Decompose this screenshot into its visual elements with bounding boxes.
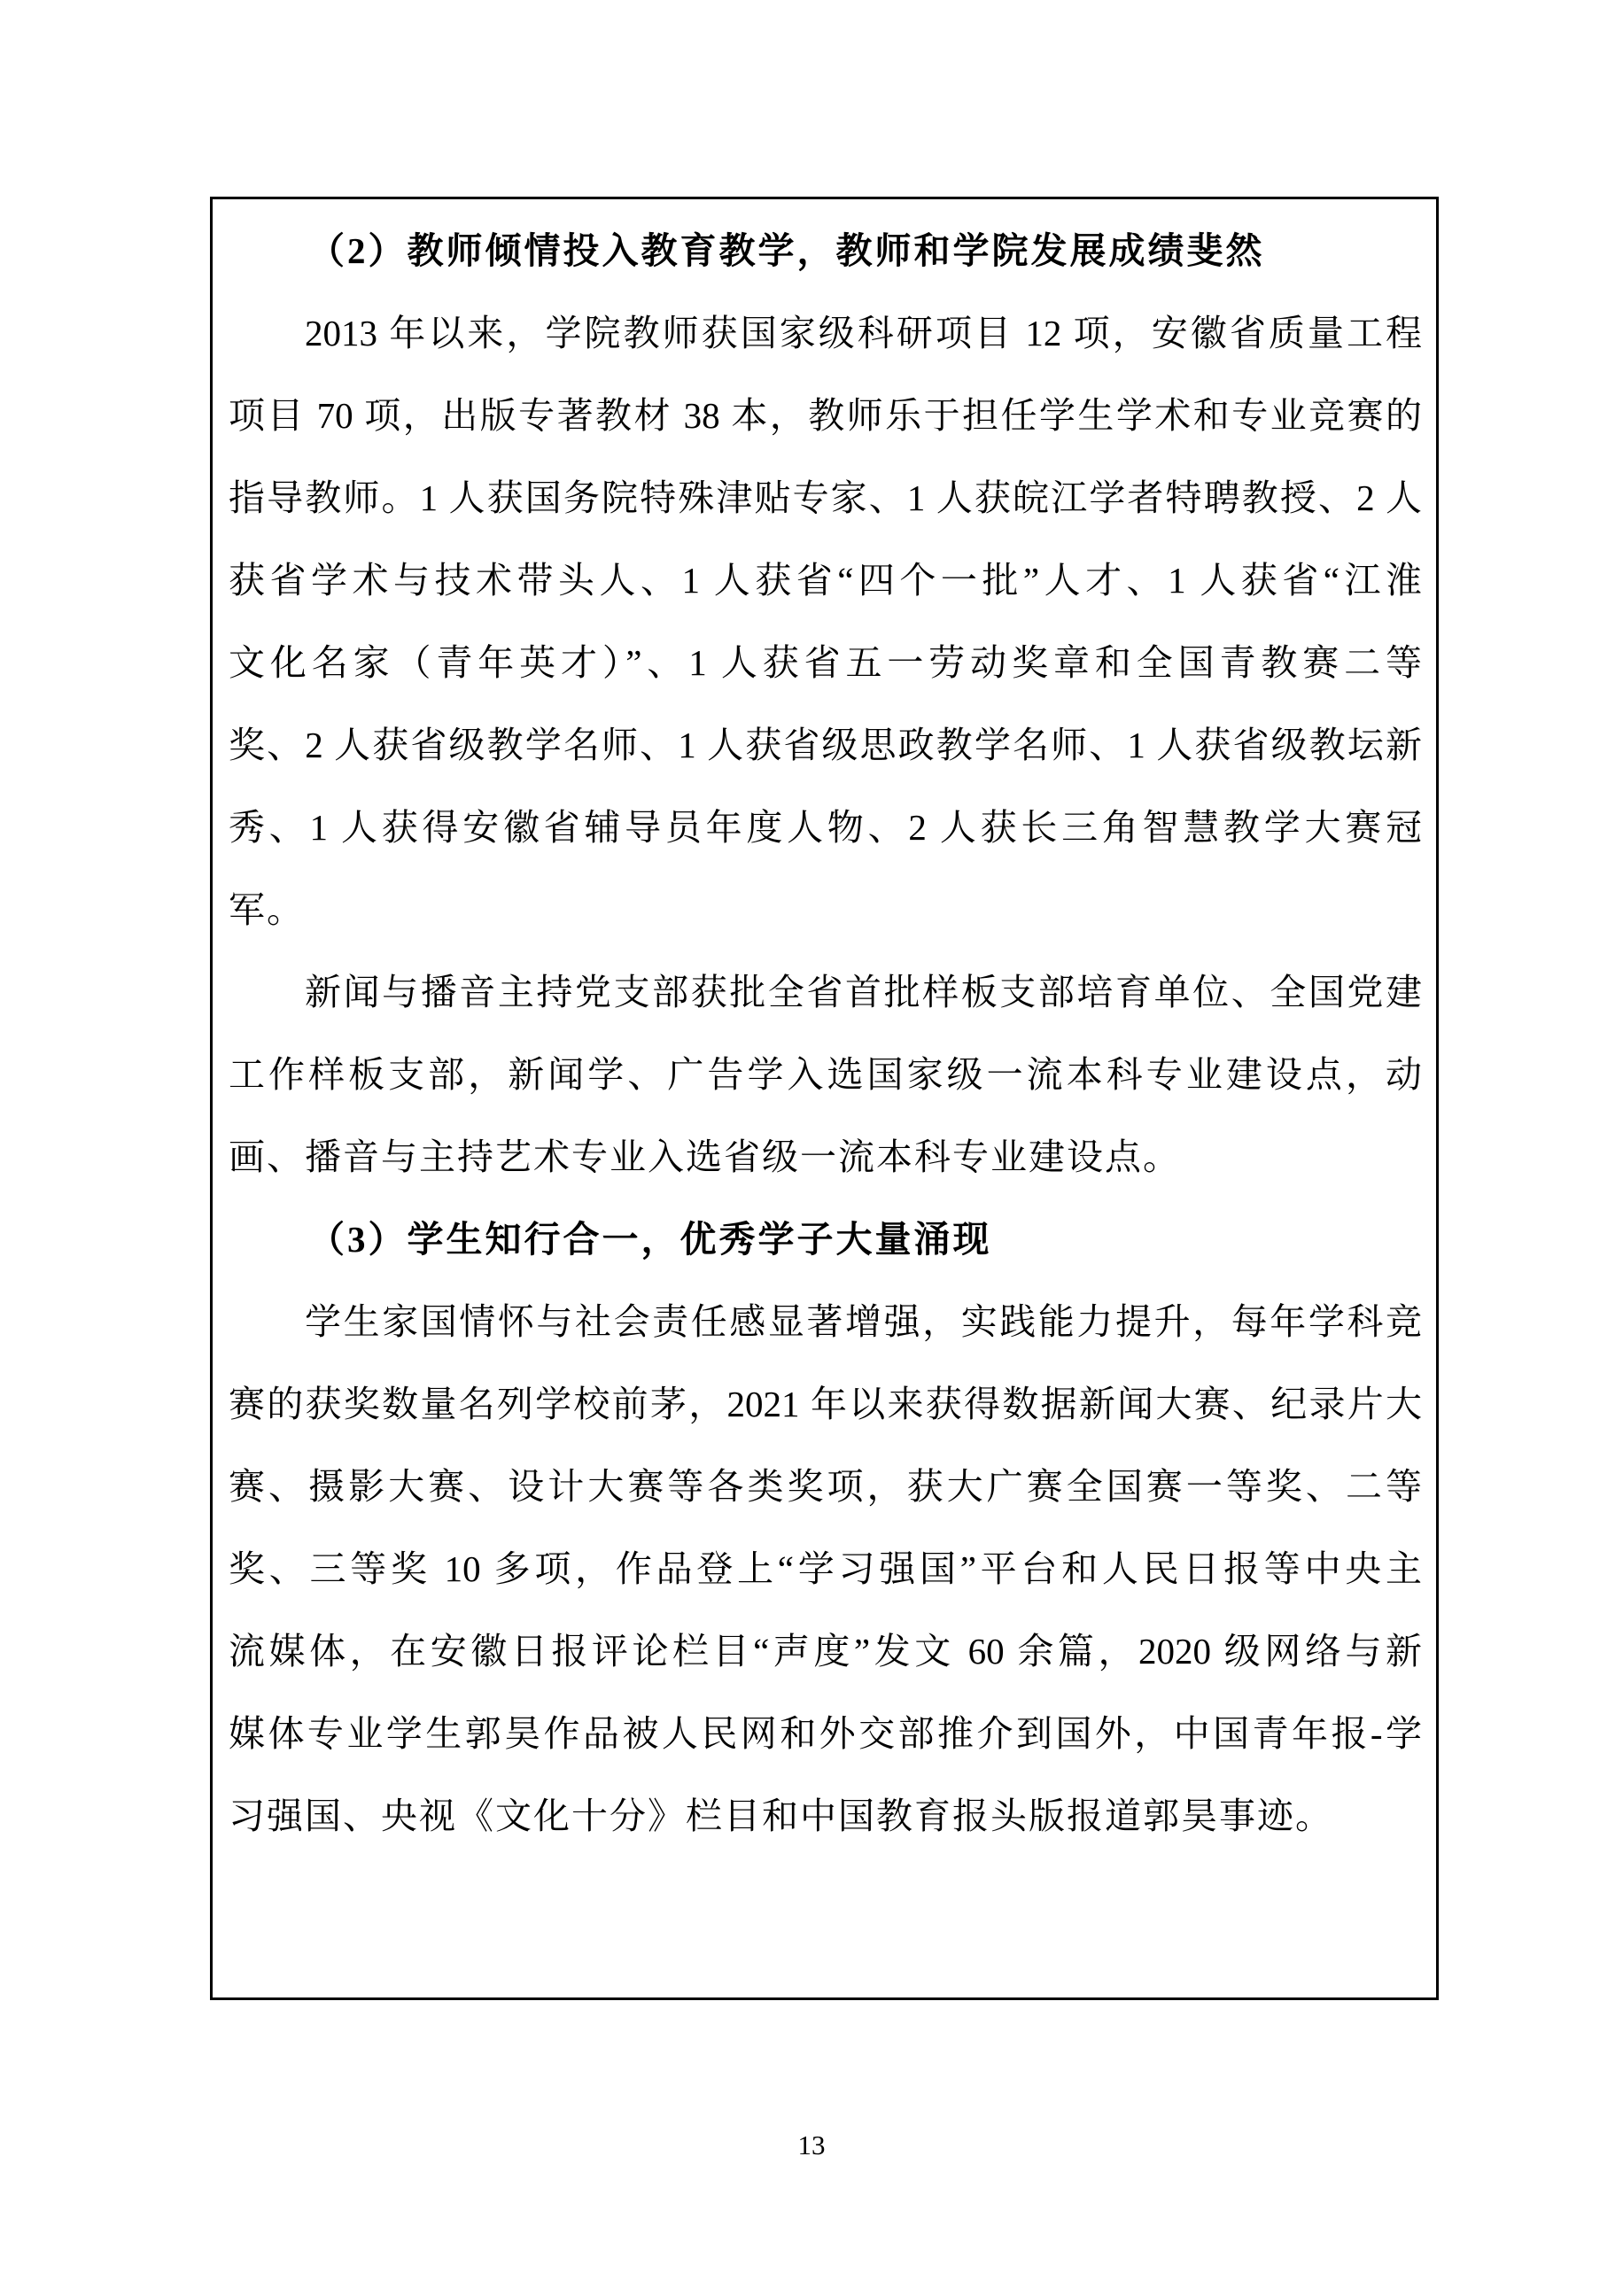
paragraph-party-and-majors-line: 画、播音与主持艺术专业入选省级一流本科专业建设点。 — [229, 1116, 1422, 1198]
paragraph-teacher-achievements-line: 指导教师。1 人获国务院特殊津贴专家、1 人获皖江学者特聘教授、2 人 — [229, 457, 1422, 539]
paragraph-teacher-achievements-line: 奖、2 人获省级教学名师、1 人获省级思政教学名师、1 人获省级教坛新 — [229, 704, 1422, 787]
paragraph-student-achievements-line: 习强国、央视《文化十分》栏目和中国教育报头版报道郭昊事迹。 — [229, 1775, 1422, 1858]
paragraph-student-achievements-line: 学生家国情怀与社会责任感显著增强，实践能力提升，每年学科竞 — [229, 1281, 1422, 1363]
paragraph-teacher-achievements-line: 获省学术与技术带头人、1 人获省“四个一批”人才、1 人获省“江淮 — [229, 539, 1422, 622]
section-heading-2: （2）教师倾情投入教育教学，教师和学院发展成绩斐然 — [229, 210, 1422, 292]
paragraph-teacher-achievements-line: 秀、1 人获得安徽省辅导员年度人物、2 人获长三角智慧教学大赛冠 — [229, 787, 1422, 869]
paragraph-student-achievements-line: 奖、三等奖 10 多项，作品登上“学习强国”平台和人民日报等中央主 — [229, 1528, 1422, 1610]
paragraph-party-and-majors-line: 工作样板支部，新闻学、广告学入选国家级一流本科专业建设点，动 — [229, 1034, 1422, 1116]
document-page: （2）教师倾情投入教育教学，教师和学院发展成绩斐然2013 年以来，学院教师获国… — [0, 0, 1623, 2296]
paragraph-teacher-achievements-line: 军。 — [229, 869, 1422, 951]
paragraph-student-achievements-line: 流媒体，在安徽日报评论栏目“声度”发文 60 余篇，2020 级网络与新 — [229, 1610, 1422, 1693]
paragraph-party-and-majors-line: 新闻与播音主持党支部获批全省首批样板支部培育单位、全国党建 — [229, 951, 1422, 1034]
paragraph-student-achievements-line: 赛、摄影大赛、设计大赛等各类奖项，获大广赛全国赛一等奖、二等 — [229, 1446, 1422, 1528]
paragraph-student-achievements-line: 赛的获奖数量名列学校前茅，2021 年以来获得数据新闻大赛、纪录片大 — [229, 1363, 1422, 1446]
paragraph-teacher-achievements-line: 项目 70 项，出版专著教材 38 本，教师乐于担任学生学术和专业竞赛的 — [229, 375, 1422, 457]
paragraph-teacher-achievements-line: 文化名家（青年英才）”、1 人获省五一劳动奖章和全国青教赛二等 — [229, 622, 1422, 704]
document-text: （2）教师倾情投入教育教学，教师和学院发展成绩斐然2013 年以来，学院教师获国… — [213, 199, 1436, 1858]
section-heading-3: （3）学生知行合一，优秀学子大量涌现 — [229, 1198, 1422, 1281]
content-border-box: （2）教师倾情投入教育教学，教师和学院发展成绩斐然2013 年以来，学院教师获国… — [210, 197, 1439, 2000]
page-number: 13 — [0, 2128, 1623, 2163]
paragraph-teacher-achievements-line: 2013 年以来，学院教师获国家级科研项目 12 项，安徽省质量工程 — [229, 292, 1422, 375]
paragraph-student-achievements-line: 媒体专业学生郭昊作品被人民网和外交部推介到国外，中国青年报-学 — [229, 1693, 1422, 1775]
